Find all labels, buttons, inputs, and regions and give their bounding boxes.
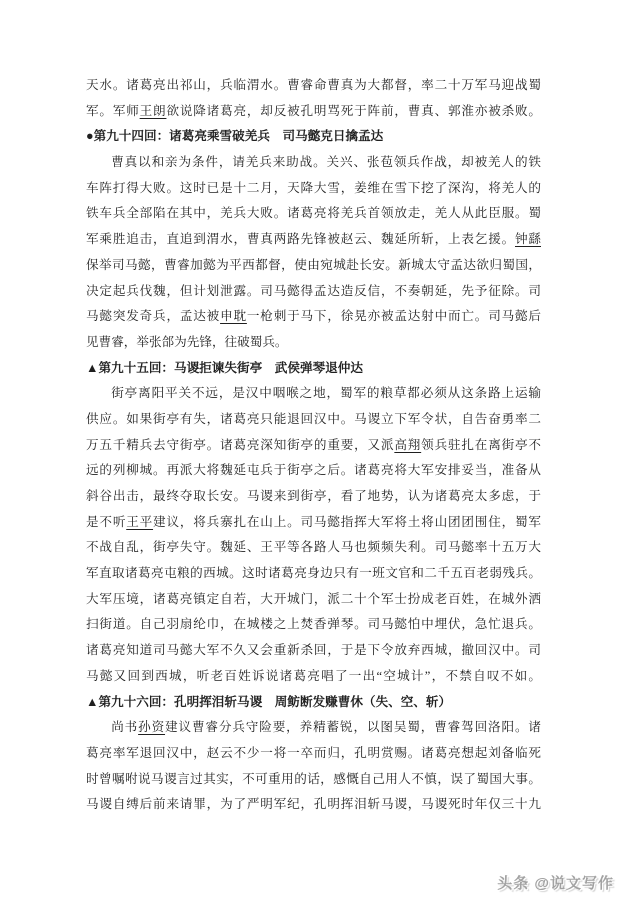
text-run: 车阵打得大败。这时已是十二月，天降大雪，姜维在雪下挖了深沟，将羌人的 xyxy=(86,181,541,195)
paragraph: 街亭离阳平关不远，是汉中咽喉之地，蜀军的粮草都必须从这条路上运输供应。如果街亭有… xyxy=(86,381,541,689)
text-line: ▲第九十五回：马谡拒谏失街亭 武侯弹琴退仲达 xyxy=(86,356,541,382)
text-run: 远的列柳城。再派大将魏延屯兵于街亭之后。诸葛亮将大军安排妥当，准备从 xyxy=(86,463,541,477)
text-run: 马懿又回到西城，听老百姓诉说诸葛亮唱了一出“空城计”，不禁自叹不如。 xyxy=(86,669,541,683)
text-line: 尚书孙资建议曹睿分兵守险要，养精蓄锐，以图吴蜀，曹睿驾回洛阳。诸 xyxy=(86,715,541,741)
text-line: 见曹睿，举张郃为先锋，往破蜀兵。 xyxy=(86,330,541,356)
text-run: 万五千精兵去守街亭。诸葛亮深知街亭的重要，又派 xyxy=(86,438,394,452)
text-run: 领兵驻扎在离街亭不 xyxy=(421,438,541,452)
text-run: ▲第九十五回：马谡拒谏失街亭 武侯弹琴退仲达 xyxy=(86,361,363,375)
text-run: 供应。如果街亭有失，诸葛亮只能退回汉中。马谡立下军令状，自告奋勇率二 xyxy=(86,412,541,426)
text-run: 决定起兵伐魏，但计划泄露。司马懿得孟达造反信，不奏朝延，先予征除。司 xyxy=(86,284,541,298)
text-line: 马谡自缚后前来请罪，为了严明军纪，孔明挥泪斩马谡，马谡死时年仅三十九 xyxy=(86,792,541,818)
text-line: 天水。诸葛亮出祁山，兵临渭水。曹睿命曹真为大都督，率二十万军马迎战蜀 xyxy=(86,73,541,99)
document-body: 天水。诸葛亮出祁山，兵临渭水。曹睿命曹真为大都督，率二十万军马迎战蜀军。军师王朗… xyxy=(86,73,541,818)
text-run: 是不听 xyxy=(86,515,126,529)
text-line: 不战自乱，街亭失守。魏延、王平等各路人马也频频失利。司马懿率十五万大 xyxy=(86,535,541,561)
paragraph: 尚书孙资建议曹睿分兵守险要，养精蓄锐，以图吴蜀，曹睿驾回洛阳。诸葛亮率军退回汉中… xyxy=(86,715,541,818)
text-run: 诸葛亮知道司马懿大军不久又会重新杀回，于是下令放弃西城，撤回汉中。司 xyxy=(86,643,541,657)
text-line: ●第九十四回：诸葛亮乘雪破羌兵 司马懿克日擒孟达 xyxy=(86,124,541,150)
underlined-name: 高翔 xyxy=(394,438,421,452)
text-run: 葛亮率军退回汉中，赵云不少一将一卒而归，孔明赏赐。诸葛亮想起刘备临死 xyxy=(86,746,541,760)
underlined-name: 钟繇 xyxy=(515,232,541,246)
text-line: 铁车兵全部陷在其中，羌兵大败。诸葛亮将羌兵首领放走，羌人从此臣服。蜀 xyxy=(86,201,541,227)
text-run: 军乘胜追击，直追到渭水，曹真两路先锋被赵云、魏延所斩，上表乞援。 xyxy=(86,232,515,246)
paragraph: 天水。诸葛亮出祁山，兵临渭水。曹睿命曹真为大都督，率二十万军马迎战蜀军。军师王朗… xyxy=(86,73,541,124)
text-run: 军直取诸葛亮屯粮的西城。这时诸葛亮身边只有一班文官和二千五百老弱残兵。 xyxy=(86,566,541,580)
text-line: 供应。如果街亭有失，诸葛亮只能退回汉中。马谡立下军令状，自告奋勇率二 xyxy=(86,407,541,433)
text-run: 一枪刺于马下，徐晃亦被孟达射中而亡。司马懿后 xyxy=(247,309,541,323)
text-line: 是不听王平建议，将兵寨扎在山上。司马懿指挥大军将土将山团团围住，蜀军 xyxy=(86,510,541,536)
text-line: 街亭离阳平关不远，是汉中咽喉之地，蜀军的粮草都必须从这条路上运输 xyxy=(86,381,541,407)
watermark-toutiao: 头条 @说文写作 xyxy=(497,872,614,893)
text-line: 马懿突发奇兵，孟达被申耽一枪刺于马下，徐晃亦被孟达射中而亡。司马懿后 xyxy=(86,304,541,330)
text-line: 万五千精兵去守街亭。诸葛亮深知街亭的重要，又派高翔领兵驻扎在离街亭不 xyxy=(86,433,541,459)
text-line: 车阵打得大败。这时已是十二月，天降大雪，姜维在雪下挖了深沟，将羌人的 xyxy=(86,176,541,202)
text-run: 尚书 xyxy=(111,720,138,734)
text-line: 军直取诸葛亮屯粮的西城。这时诸葛亮身边只有一班文官和二千五百老弱残兵。 xyxy=(86,561,541,587)
text-run: 曹真以和亲为条件，请羌兵来助战。关兴、张苞领兵作战，却被羌人的铁 xyxy=(111,155,541,169)
text-line: ▲第九十六回：孔明挥泪斩马谡 周鲂断发赚曹休（失、空、斩） xyxy=(86,690,541,716)
text-line: 诸葛亮知道司马懿大军不久又会重新杀回，于是下令放弃西城，撤回汉中。司 xyxy=(86,638,541,664)
text-line: 大军压境，诸葛亮镇定自若，大开城门，派二十个军士扮成老百姓，在城外洒 xyxy=(86,587,541,613)
underlined-name: 申耽 xyxy=(220,309,247,323)
chapter-heading: ●第九十四回：诸葛亮乘雪破羌兵 司马懿克日擒孟达 xyxy=(86,124,541,150)
text-run: 马懿突发奇兵，孟达被 xyxy=(86,309,220,323)
text-run: 斜谷出击，最终夺取长安。马谡来到街亭，看了地势，认为诸葛亮太多虑，于 xyxy=(86,489,541,503)
text-run: 欲说降诸葛亮，却反被孔明骂死于阵前，曹真、郭淮亦被杀败。 xyxy=(166,104,541,118)
text-line: 决定起兵伐魏，但计划泄露。司马懿得孟达造反信，不奏朝延，先予征除。司 xyxy=(86,279,541,305)
text-line: 军。军师王朗欲说降诸葛亮，却反被孔明骂死于阵前，曹真、郭淮亦被杀败。 xyxy=(86,99,541,125)
text-line: 保举司马懿，曹睿加懿为平西都督，使由宛城赴长安。新城太守孟达欲归蜀国， xyxy=(86,253,541,279)
text-line: 葛亮率军退回汉中，赵云不少一将一卒而归，孔明赏赐。诸葛亮想起刘备临死 xyxy=(86,741,541,767)
text-run: 马谡自缚后前来请罪，为了严明军纪，孔明挥泪斩马谡，马谡死时年仅三十九 xyxy=(86,797,541,811)
text-line: 曹真以和亲为条件，请羌兵来助战。关兴、张苞领兵作战，却被羌人的铁 xyxy=(86,150,541,176)
text-line: 军乘胜追击，直追到渭水，曹真两路先锋被赵云、魏延所斩，上表乞援。钟繇 xyxy=(86,227,541,253)
text-run: 大军压境，诸葛亮镇定自若，大开城门，派二十个军士扮成老百姓，在城外洒 xyxy=(86,592,541,606)
text-run: 军。军师 xyxy=(86,104,140,118)
text-run: 建议，将兵寨扎在山上。司马懿指挥大军将土将山团团围住，蜀军 xyxy=(153,515,541,529)
underlined-name: 王朗 xyxy=(140,104,167,118)
text-line: 时曾嘱咐说马谡言过其实，不可重用的话，感慨自己用人不慎，误了蜀国大事。 xyxy=(86,767,541,793)
text-run: 见曹睿，举张郃为先锋，往破蜀兵。 xyxy=(86,335,288,349)
text-run: 铁车兵全部陷在其中，羌兵大败。诸葛亮将羌兵首领放走，羌人从此臣服。蜀 xyxy=(86,206,541,220)
text-run: ●第九十四回：诸葛亮乘雪破羌兵 司马懿克日擒孟达 xyxy=(86,129,383,143)
underlined-name: 王平 xyxy=(126,515,153,529)
text-run: 街亭离阳平关不远，是汉中咽喉之地，蜀军的粮草都必须从这条路上运输 xyxy=(111,386,541,400)
chapter-heading: ▲第九十五回：马谡拒谏失街亭 武侯弹琴退仲达 xyxy=(86,356,541,382)
text-run: 不战自乱，街亭失守。魏延、王平等各路人马也频频失利。司马懿率十五万大 xyxy=(86,540,541,554)
chapter-heading: ▲第九十六回：孔明挥泪斩马谡 周鲂断发赚曹休（失、空、斩） xyxy=(86,690,541,716)
text-line: 斜谷出击，最终夺取长安。马谡来到街亭，看了地势，认为诸葛亮太多虑，于 xyxy=(86,484,541,510)
text-line: 马懿又回到西城，听老百姓诉说诸葛亮唱了一出“空城计”，不禁自叹不如。 xyxy=(86,664,541,690)
text-line: 远的列柳城。再派大将魏延屯兵于街亭之后。诸葛亮将大军安排妥当，准备从 xyxy=(86,458,541,484)
text-line: 扫街道。自己羽扇纶巾，在城楼之上焚香弹琴。司马懿怕中埋伏，急忙退兵。 xyxy=(86,612,541,638)
underlined-name: 孙资 xyxy=(138,720,165,734)
text-run: ▲第九十六回：孔明挥泪斩马谡 周鲂断发赚曹休（失、空、斩） xyxy=(86,695,451,709)
text-run: 天水。诸葛亮出祁山，兵临渭水。曹睿命曹真为大都督，率二十万军马迎战蜀 xyxy=(86,78,541,92)
text-run: 扫街道。自己羽扇纶巾，在城楼之上焚香弹琴。司马懿怕中埋伏，急忙退兵。 xyxy=(86,617,541,631)
text-run: 建议曹睿分兵守险要，养精蓄锐，以图吴蜀，曹睿驾回洛阳。诸 xyxy=(165,720,541,734)
paragraph: 曹真以和亲为条件，请羌兵来助战。关兴、张苞领兵作战，却被羌人的铁车阵打得大败。这… xyxy=(86,150,541,356)
text-run: 时曾嘱咐说马谡言过其实，不可重用的话，感慨自己用人不慎，误了蜀国大事。 xyxy=(86,772,541,786)
text-run: 保举司马懿，曹睿加懿为平西都督，使由宛城赴长安。新城太守孟达欲归蜀国， xyxy=(86,258,541,272)
